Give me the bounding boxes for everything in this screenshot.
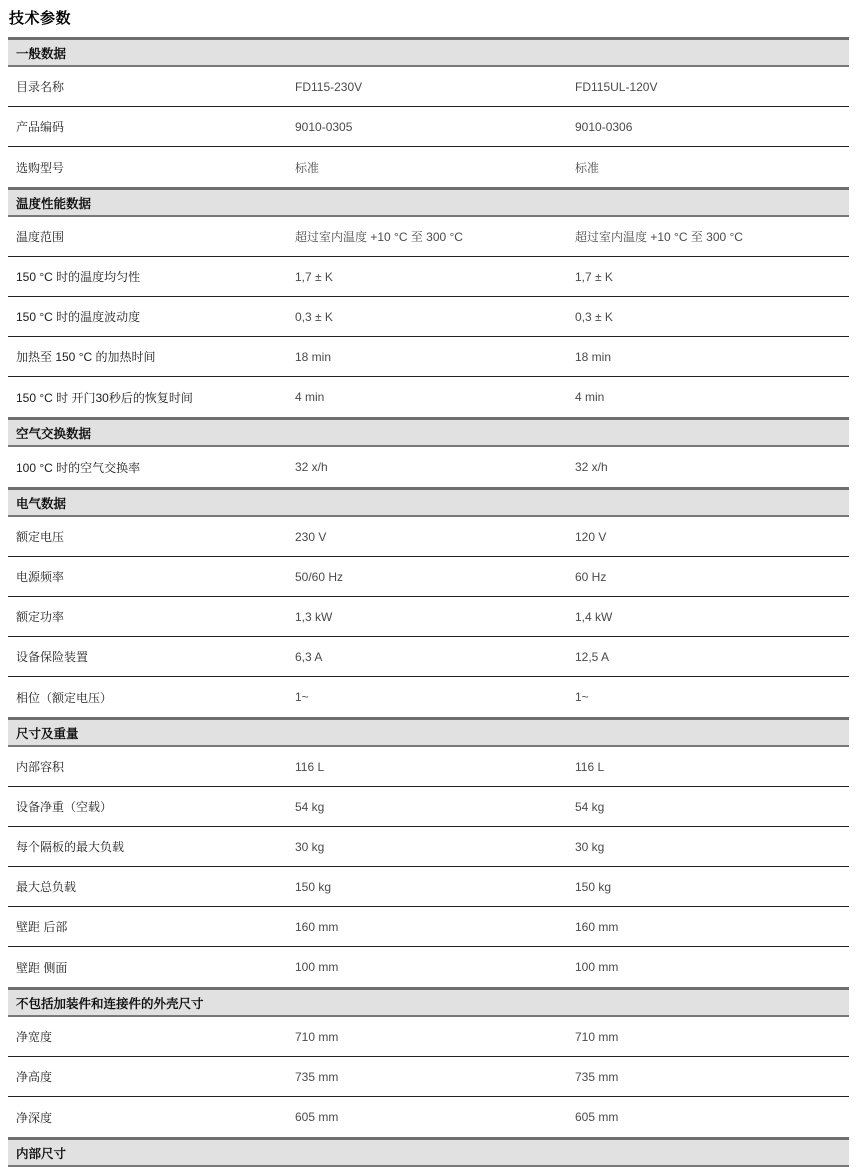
table-row: 150 °C 时 开门30秒后的恢复时间 4 min 4 min [8,377,849,417]
table-row: 设备净重（空载） 54 kg 54 kg [8,787,849,827]
section-header-label: 空气交换数据 [16,424,91,442]
spec-value-model2: 超过室内温度 +10 °C 至 300 °C [575,228,849,245]
page-title: 技术参数 [9,7,849,28]
spec-value-model1: 116 L [295,760,575,774]
spec-label: 加热至 150 °C 的加热时间 [16,348,295,365]
section-header-label: 不包括加装件和连接件的外壳尺寸 [16,994,204,1012]
spec-value-model2: 32 x/h [575,460,849,474]
table-row: 内部容积 116 L 116 L [8,747,849,787]
spec-value-model1: 735 mm [295,1070,575,1084]
table-row: 壁距 后部 160 mm 160 mm [8,907,849,947]
spec-label: 目录名称 [16,78,295,95]
spec-section: 尺寸及重量 内部容积 116 L 116 L 设备净重（空载） 54 kg 54… [8,717,849,987]
spec-value-model2: 9010-0306 [575,120,849,134]
table-row: 额定功率 1,3 kW 1,4 kW [8,597,849,637]
spec-value-model1: 32 x/h [295,460,575,474]
spec-value-model1: 9010-0305 [295,120,575,134]
spec-section: 温度性能数据 温度范围 超过室内温度 +10 °C 至 300 °C 超过室内温… [8,187,849,417]
spec-value-model2: 54 kg [575,800,849,814]
spec-section: 不包括加装件和连接件的外壳尺寸 净宽度 710 mm 710 mm 净高度 73… [8,987,849,1137]
spec-value-model2: 735 mm [575,1070,849,1084]
tech-specs-page: 技术参数 一般数据 目录名称 FD115-230V FD115UL-120V 产… [0,0,861,1167]
spec-value-model2: FD115UL-120V [575,80,849,94]
section-header: 温度性能数据 [8,187,849,217]
spec-value-model1: 6,3 A [295,650,575,664]
table-row: 净宽度 710 mm 710 mm [8,1017,849,1057]
spec-section: 一般数据 目录名称 FD115-230V FD115UL-120V 产品编码 9… [8,37,849,187]
spec-value-model2: 18 min [575,350,849,364]
spec-value-model1: 54 kg [295,800,575,814]
spec-label: 净高度 [16,1068,295,1085]
section-header: 一般数据 [8,37,849,67]
section-header-label: 尺寸及重量 [16,724,79,742]
spec-value-model1: FD115-230V [295,80,575,94]
spec-value-model2: 1,4 kW [575,610,849,624]
table-row: 额定电压 230 V 120 V [8,517,849,557]
spec-value-model2: 150 kg [575,880,849,894]
spec-value-model2: 100 mm [575,960,849,974]
table-row: 150 °C 时的温度波动度 0,3 ± K 0,3 ± K [8,297,849,337]
section-header: 尺寸及重量 [8,717,849,747]
spec-value-model1: 1,7 ± K [295,270,575,284]
table-row: 150 °C 时的温度均匀性 1,7 ± K 1,7 ± K [8,257,849,297]
section-header-label: 一般数据 [16,44,66,62]
spec-section: 内部尺寸 [8,1137,849,1167]
spec-value-model1: 605 mm [295,1110,575,1124]
spec-label: 100 °C 时的空气交换率 [16,459,295,476]
table-row: 设备保险装置 6,3 A 12,5 A [8,637,849,677]
spec-value-model1: 标准 [295,159,575,176]
section-rows: 内部容积 116 L 116 L 设备净重（空载） 54 kg 54 kg 每个… [8,747,849,987]
spec-value-model2: 605 mm [575,1110,849,1124]
section-rows: 额定电压 230 V 120 V 电源频率 50/60 Hz 60 Hz 额定功… [8,517,849,717]
spec-label: 每个隔板的最大负载 [16,838,295,855]
spec-label: 选购型号 [16,159,295,176]
table-row: 净高度 735 mm 735 mm [8,1057,849,1097]
table-row: 每个隔板的最大负载 30 kg 30 kg [8,827,849,867]
spec-value-model2: 116 L [575,760,849,774]
spec-value-model1: 230 V [295,530,575,544]
spec-value-model1: 1,3 kW [295,610,575,624]
spec-label: 内部容积 [16,758,295,775]
spec-label: 150 °C 时的温度均匀性 [16,268,295,285]
spec-value-model2: 1~ [575,690,849,704]
spec-value-model1: 160 mm [295,920,575,934]
spec-label: 电源频率 [16,568,295,585]
spec-label: 额定电压 [16,528,295,545]
spec-value-model1: 4 min [295,390,575,404]
spec-label: 产品编码 [16,118,295,135]
spec-label: 设备保险装置 [16,648,295,665]
section-header-label: 内部尺寸 [16,1144,66,1162]
table-row: 目录名称 FD115-230V FD115UL-120V [8,67,849,107]
spec-value-model2: 160 mm [575,920,849,934]
spec-label: 壁距 后部 [16,918,295,935]
spec-section: 空气交换数据 100 °C 时的空气交换率 32 x/h 32 x/h [8,417,849,487]
spec-value-model1: 710 mm [295,1030,575,1044]
section-header: 电气数据 [8,487,849,517]
spec-value-model2: 1,7 ± K [575,270,849,284]
table-row: 温度范围 超过室内温度 +10 °C 至 300 °C 超过室内温度 +10 °… [8,217,849,257]
spec-value-model2: 30 kg [575,840,849,854]
spec-section: 电气数据 额定电压 230 V 120 V 电源频率 50/60 Hz 60 H… [8,487,849,717]
section-header: 内部尺寸 [8,1137,849,1167]
spec-label: 净宽度 [16,1028,295,1045]
table-row: 壁距 侧面 100 mm 100 mm [8,947,849,987]
section-rows: 温度范围 超过室内温度 +10 °C 至 300 °C 超过室内温度 +10 °… [8,217,849,417]
spec-value-model2: 120 V [575,530,849,544]
spec-value-model2: 0,3 ± K [575,310,849,324]
table-row: 100 °C 时的空气交换率 32 x/h 32 x/h [8,447,849,487]
spec-label: 净深度 [16,1109,295,1126]
section-rows: 净宽度 710 mm 710 mm 净高度 735 mm 735 mm 净深度 … [8,1017,849,1137]
spec-value-model1: 30 kg [295,840,575,854]
section-header-label: 温度性能数据 [16,194,91,212]
spec-value-model2: 12,5 A [575,650,849,664]
table-row: 产品编码 9010-0305 9010-0306 [8,107,849,147]
section-rows: 目录名称 FD115-230V FD115UL-120V 产品编码 9010-0… [8,67,849,187]
spec-label: 相位（额定电压） [16,689,295,706]
spec-value-model1: 100 mm [295,960,575,974]
section-header: 不包括加装件和连接件的外壳尺寸 [8,987,849,1017]
table-row: 最大总负载 150 kg 150 kg [8,867,849,907]
spec-value-model2: 4 min [575,390,849,404]
spec-value-model2: 710 mm [575,1030,849,1044]
table-row: 选购型号 标准 标准 [8,147,849,187]
spec-label: 温度范围 [16,228,295,245]
spec-value-model1: 18 min [295,350,575,364]
spec-value-model1: 150 kg [295,880,575,894]
spec-label: 150 °C 时 开门30秒后的恢复时间 [16,389,295,406]
spec-value-model1: 1~ [295,690,575,704]
spec-value-model2: 60 Hz [575,570,849,584]
table-row: 相位（额定电压） 1~ 1~ [8,677,849,717]
table-row: 电源频率 50/60 Hz 60 Hz [8,557,849,597]
section-header: 空气交换数据 [8,417,849,447]
spec-label: 额定功率 [16,608,295,625]
spec-value-model1: 超过室内温度 +10 °C 至 300 °C [295,228,575,245]
spec-value-model1: 50/60 Hz [295,570,575,584]
spec-value-model1: 0,3 ± K [295,310,575,324]
spec-label: 150 °C 时的温度波动度 [16,308,295,325]
spec-label: 最大总负载 [16,878,295,895]
table-row: 净深度 605 mm 605 mm [8,1097,849,1137]
spec-label: 壁距 侧面 [16,959,295,976]
spec-value-model2: 标准 [575,159,849,176]
section-rows: 100 °C 时的空气交换率 32 x/h 32 x/h [8,447,849,487]
spec-table: 一般数据 目录名称 FD115-230V FD115UL-120V 产品编码 9… [8,37,849,1167]
table-row: 加热至 150 °C 的加热时间 18 min 18 min [8,337,849,377]
section-header-label: 电气数据 [16,494,66,512]
spec-label: 设备净重（空载） [16,798,295,815]
